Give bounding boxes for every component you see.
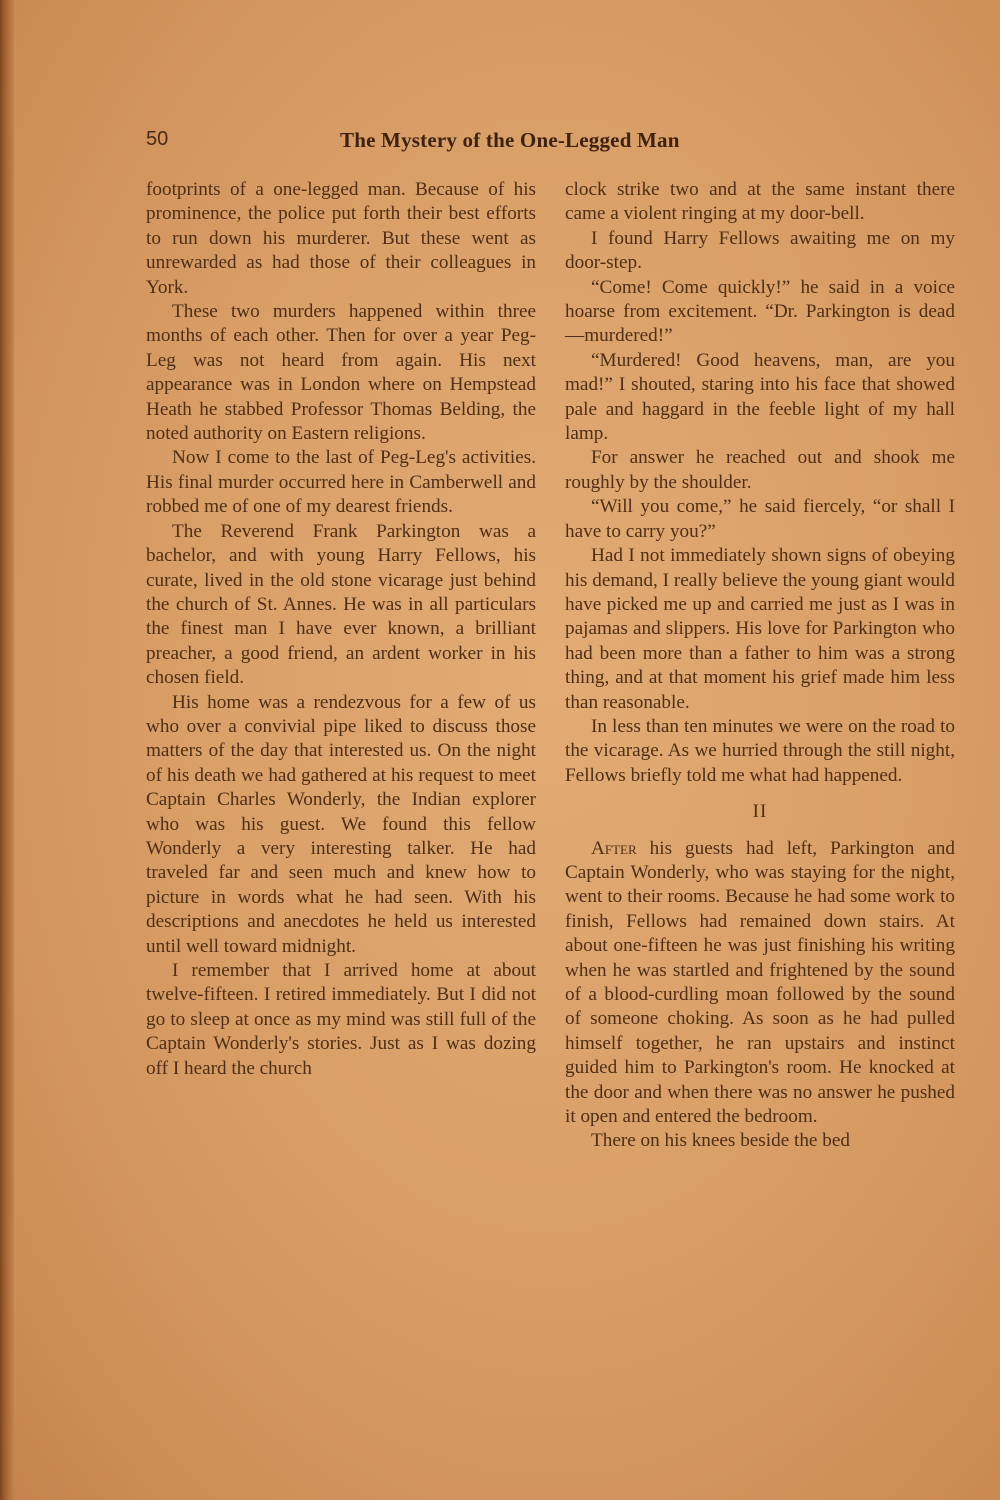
paragraph-text: his guests had left, Parkington and Capt… [565,838,955,1127]
paragraph: These two murders happened within three … [146,300,536,446]
paragraph: The Reverend Frank Parkington was a bach… [146,520,536,691]
page-header: 50 The Mystery of the One-Legged Man [146,128,966,158]
paragraph: Now I come to the last of Peg-Leg's acti… [146,446,536,519]
paragraph: There on his knees beside the bed [565,1129,955,1153]
paragraph: In less than ten minutes we were on the … [565,715,955,788]
paragraph: His home was a rendezvous for a few of u… [146,691,536,959]
paragraph: For answer he reached out and shook me r… [565,446,955,495]
section-first-word: After [591,838,637,859]
paragraph: I remember that I arrived home at about … [146,959,536,1081]
left-column: footprints of a one-legged man. Because … [146,178,536,1081]
paragraph: Had I not immediately shown signs of obe… [565,544,955,715]
page-number: 50 [146,128,168,151]
right-column: clock strike two and at the same instant… [565,178,955,1154]
paragraph: “Murdered! Good heavens, man, are you ma… [565,349,955,447]
paragraph: footprints of a one-legged man. Because … [146,178,536,300]
paragraph: “Will you come,” he said fiercely, “or s… [565,495,955,544]
page-binding-edge [0,0,14,1500]
paragraph: I found Harry Fellows awaiting me on my … [565,227,955,276]
paragraph: clock strike two and at the same instant… [565,178,955,227]
paragraph: After his guests had left, Parkington an… [565,837,955,1130]
running-title: The Mystery of the One-Legged Man [340,128,680,153]
section-heading: II [565,800,955,824]
paragraph: “Come! Come quickly!” he said in a voice… [565,276,955,349]
